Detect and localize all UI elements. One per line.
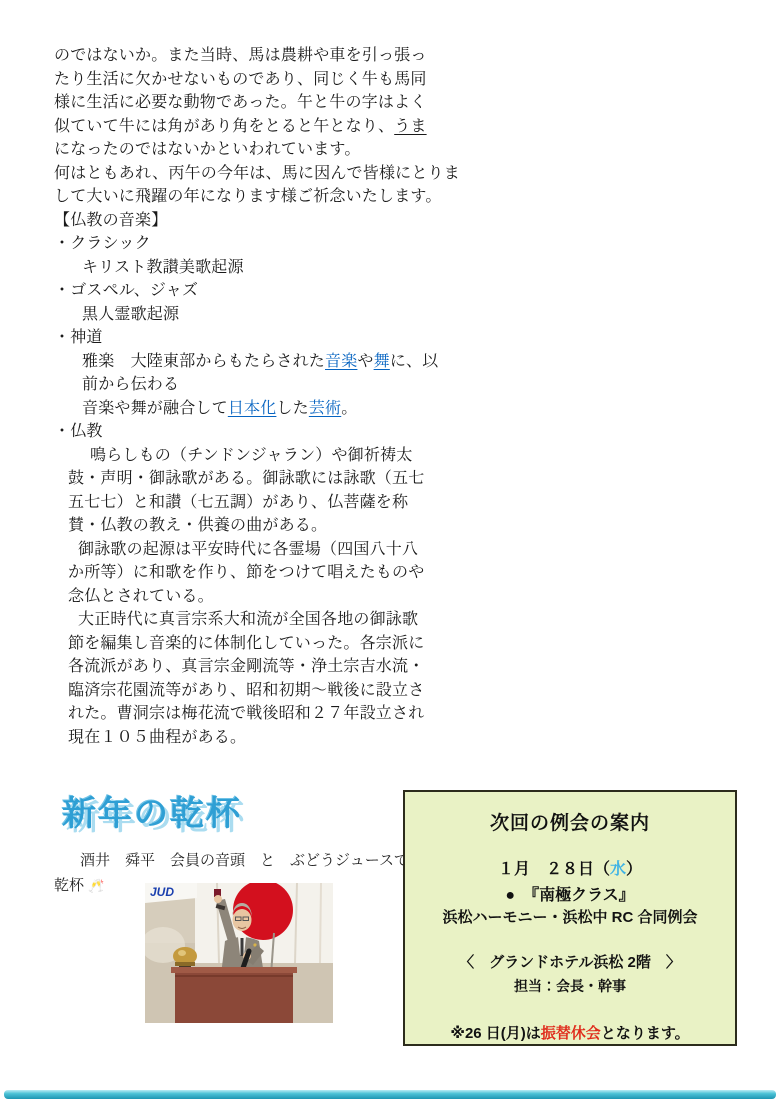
- text-segment: に、以: [390, 353, 439, 370]
- text-line: 大正時代に真言宗系大和流が全国各地の御詠歌: [54, 608, 454, 632]
- text-line: して大いに飛躍の年になります様ご祈念いたします。: [54, 185, 454, 209]
- text-segment: 音楽や舞が融合して: [82, 400, 228, 417]
- text-segment: 節を編集し音楽的に体制化していった。各宗派に: [68, 635, 424, 652]
- text-line: 現在１０５曲程がある。: [54, 726, 454, 750]
- underlined-term: うま: [394, 118, 426, 135]
- text-line: 五七七）と和讃（七五調）があり、仏菩薩を称: [54, 491, 454, 515]
- text-line: れた。曹洞宗は梅花流で戦後昭和２７年設立され: [54, 702, 454, 726]
- text-segment: 鼓・声明・御詠歌がある。御詠歌には詠歌（五七: [68, 470, 424, 487]
- text-segment: キリスト教讃美歌起源: [82, 259, 244, 276]
- announcement-venue: 〈 グランドホテル浜松 2階 〉: [405, 951, 735, 972]
- announcement-date: １月 ２８日（水）: [405, 856, 735, 879]
- text-segment: して大いに飛躍の年になります様ご祈念いたします。: [54, 188, 442, 205]
- text-line: 似ていて牛には角があり角をとると午となり、うま: [54, 115, 454, 139]
- text-segment: ・ゴスペル、ジャズ: [54, 282, 198, 299]
- text-segment: 雅楽 大陸東部からもたらされた: [82, 353, 325, 370]
- announcement-note: ※26 日(月)は振替休会となります。: [405, 1022, 735, 1043]
- text-line: 賛・仏教の教え・供養の曲がある。: [54, 514, 454, 538]
- toast-caption-line2: 乾杯🥂: [54, 874, 104, 895]
- text-segment: たり生活に欠かせないものであり、同じく牛も馬同: [54, 71, 427, 88]
- inline-hyperlink[interactable]: 日本化: [228, 400, 277, 417]
- text-line: になったのではないかといわれています。: [54, 138, 454, 162]
- text-line: 前から伝わる: [54, 373, 454, 397]
- text-line: 節を編集し音楽的に体制化していった。各宗派に: [54, 632, 454, 656]
- text-line: ・クラシック: [54, 232, 454, 256]
- note-text-post: となります。: [601, 1025, 690, 1042]
- text-line: 鼓・声明・御詠歌がある。御詠歌には詠歌（五七: [54, 467, 454, 491]
- text-line: 念仏とされている。: [54, 585, 454, 609]
- inline-hyperlink[interactable]: 舞: [374, 353, 390, 370]
- text-segment: 大正時代に真言宗系大和流が全国各地の御詠歌: [78, 611, 418, 628]
- text-segment: 御詠歌の起源は平安時代に各霊場（四国八十八: [78, 541, 418, 558]
- text-segment: 賛・仏教の教え・供養の曲がある。: [68, 517, 327, 534]
- text-segment: 。: [341, 400, 357, 417]
- decorative-bottom-rule: [4, 1090, 776, 1099]
- text-segment: 現在１０５曲程がある。: [68, 729, 246, 746]
- text-segment: になったのではないかといわれています。: [54, 141, 361, 158]
- text-segment: 黒人霊歌起源: [82, 306, 179, 323]
- text-line: のではないか。また当時、馬は農耕や車を引っ張っ: [54, 44, 454, 68]
- text-segment: か所等）に和歌を作り、節をつけて唱えたものや: [68, 564, 424, 581]
- note-text-pre: ※26 日(月)は: [450, 1025, 540, 1042]
- date-weekday: 水: [610, 861, 626, 878]
- text-line: 臨済宗花園流等があり、昭和初期～戦後に設立さ: [54, 679, 454, 703]
- date-text: １月 ２８日（: [498, 861, 610, 878]
- text-segment: 前から伝わる: [82, 376, 179, 393]
- text-line: か所等）に和歌を作り、節をつけて唱えたものや: [54, 561, 454, 585]
- newsletter-page: のではないか。また当時、馬は農耕や車を引っ張ったり生活に欠かせないものであり、同…: [0, 0, 780, 1103]
- text-line: 御詠歌の起源は平安時代に各霊場（四国八十八: [54, 538, 454, 562]
- text-segment: 鳴らしもの（チンドンジャラン）や御祈祷太: [90, 447, 412, 464]
- toast-caption-line1: 酒井 舜平 会員の音頭 と ぶどうジュースで: [80, 849, 409, 870]
- text-segment: ・仏教: [54, 423, 103, 440]
- banner-text: JUD: [150, 885, 174, 899]
- text-segment: 【仏教の音楽】: [54, 212, 167, 229]
- text-line: 音楽や舞が融合して日本化した芸術。: [54, 397, 454, 421]
- text-line: ・仏教: [54, 420, 454, 444]
- text-segment: 五七七）と和讃（七五調）があり、仏菩薩を称: [68, 494, 408, 511]
- text-line: 雅楽 大陸東部からもたらされた音楽や舞に、以: [54, 350, 454, 374]
- text-segment: ・クラシック: [54, 235, 151, 252]
- podium: [171, 967, 297, 1023]
- text-line: 鳴らしもの（チンドンジャラン）や御祈祷太: [54, 444, 454, 468]
- announcement-program: ● 『南極クラス』: [405, 882, 735, 905]
- text-segment: れた。曹洞宗は梅花流で戦後昭和２７年設立され: [68, 705, 424, 722]
- text-segment: 念仏とされている。: [68, 588, 214, 605]
- text-line: 【仏教の音楽】: [54, 209, 454, 233]
- text-segment: した: [276, 400, 308, 417]
- text-segment: 臨済宗花園流等があり、昭和初期～戦後に設立さ: [68, 682, 424, 699]
- text-segment: や: [357, 353, 373, 370]
- toast-caption-word: 乾杯: [54, 877, 84, 894]
- text-line: ・ゴスペル、ジャズ: [54, 279, 454, 303]
- text-line: ・神道: [54, 326, 454, 350]
- text-line: キリスト教讃美歌起源: [54, 256, 454, 280]
- text-line: 何はともあれ、丙午の今年は、馬に因んで皆様にとりま: [54, 162, 454, 186]
- text-segment: ・神道: [54, 329, 103, 346]
- text-line: たり生活に欠かせないものであり、同じく牛も馬同: [54, 68, 454, 92]
- clinking-glasses-emoji: 🥂: [88, 878, 104, 893]
- text-line: 黒人霊歌起源: [54, 303, 454, 327]
- note-highlight: 振替休会: [541, 1025, 601, 1042]
- inline-hyperlink[interactable]: 芸術: [309, 400, 341, 417]
- article-body: のではないか。また当時、馬は農耕や車を引っ張ったり生活に欠かせないものであり、同…: [54, 44, 454, 749]
- inline-hyperlink[interactable]: 音楽: [325, 353, 357, 370]
- text-segment: 各流派があり、真言宗金剛流等・浄土宗吉水流・: [68, 658, 424, 675]
- announcement-staff: 担当：会長・幹事: [405, 976, 735, 996]
- announcement-title: 次回の例会の案内: [405, 808, 735, 835]
- text-segment: のではないか。また当時、馬は農耕や車を引っ張っ: [54, 47, 427, 64]
- toast-section-heading: 新年の乾杯: [62, 786, 242, 835]
- text-segment: 様に生活に必要な動物であった。午と牛の字はよく: [54, 94, 426, 111]
- text-line: 様に生活に必要な動物であった。午と牛の字はよく: [54, 91, 454, 115]
- date-close-paren: ）: [626, 861, 642, 878]
- announcement-joint-meeting: 浜松ハーモニー・浜松中 RC 合同例会: [405, 906, 735, 927]
- toast-photo-image: JUD: [145, 883, 333, 1023]
- text-line: 各流派があり、真言宗金剛流等・浄土宗吉水流・: [54, 655, 454, 679]
- announcement-box: 次回の例会の案内 １月 ２８日（水） ● 『南極クラス』 浜松ハーモニー・浜松中…: [403, 790, 737, 1046]
- text-segment: 似ていて牛には角があり角をとると午となり、: [54, 118, 394, 135]
- text-segment: 何はともあれ、丙午の今年は、馬に因んで皆様にとりま: [54, 165, 460, 182]
